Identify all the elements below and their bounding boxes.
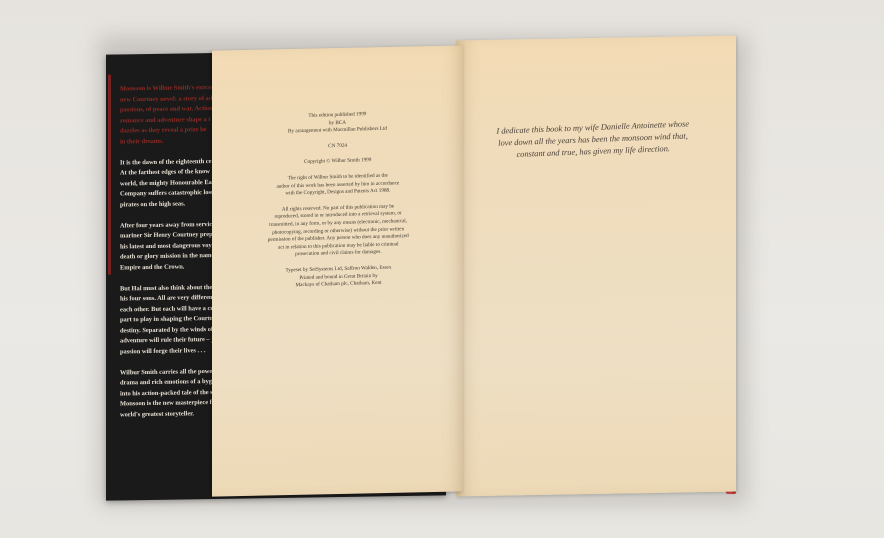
blurb-line: It is the dawn of the eighteenth ce [120,158,211,166]
imprint-block: The right of Wilbur Smith to be identifi… [212,170,464,200]
blurb-line: Monsoon is Wilbur Smith's extraordi [120,84,222,93]
blurb-line: new Courtney novel: a story of ad [120,95,212,103]
cover-red-edge [108,75,111,275]
imprint-line: Copyright © Wilbur Smith 1999 [304,157,371,165]
imprint-line: This edition published 1999 [308,111,366,119]
imprint-line: CN 7924 [328,143,347,150]
dedication-text: I dedicate this book to my wife Danielle… [478,118,709,163]
dedication-line: constant and true, has given my life dir… [516,144,670,159]
blurb-line: into his action-packed tale of the se [120,389,216,398]
imprint-line: by BCA [329,119,346,125]
blurb-line: his four sons. All are very different [120,294,215,302]
blurb-line: passion will forge their lives . . . [120,347,205,355]
imprint-block: This edition published 1999by BCABy arra… [211,108,463,138]
blurb-line: dazzles as they reveal a prize be [120,126,207,134]
blurb-line: his latest and most dangerous voya [120,242,215,250]
imprint-line: Mackays of Chatham plc, Chatham, Kent [296,280,382,288]
blurb-line: destiny. Separated by the winds of f [120,326,217,335]
copyright-imprint: This edition published 1999by BCABy arra… [211,108,464,300]
blurb-line: romance and adventure shape a t [120,116,210,124]
blurb-line: Monsoon is the new masterpiece fro [120,399,218,408]
blurb-line: each other. But each will have a cru [120,305,217,314]
imprint-block: All rights reserved. No part of this pub… [212,201,464,261]
blurb-line: passions, of peace and war. Action [120,105,213,113]
blurb-line: At the farthest edges of the know [120,168,210,176]
blurb-line: But Hal must also think about the f [120,283,216,292]
blurb-line: pirates on the high seas. [120,200,185,208]
imprint-block: Typeset by SetSystems Ltd, Saffron Walde… [212,262,464,292]
blurb-line: After four years away from service [120,220,215,228]
copyright-page: This edition published 1999by BCABy arra… [212,45,464,496]
imprint-line: prosecution and civil claims for damages… [295,249,381,257]
blurb-line: part to play in shaping the Courtne [120,315,216,324]
blurb-line: in their dreams. [120,138,163,146]
blurb-line: death or glory mission in the name [120,252,214,260]
blurb-line: mariner Sir Henry Courtney prepa [120,231,216,240]
imprint-block: CN 7924 [212,139,464,154]
blurb-line: Wilbur Smith carries all the powerf [120,368,217,377]
blurb-line: Company suffers catastrophic loss [120,189,213,197]
imprint-line: By arrangement with Macmillan Publishers… [288,126,387,135]
blurb-line: Empire and the Crown. [120,263,184,271]
blurb-line: world, the mighty Honourable Eas [120,179,214,187]
blurb-line: world's greatest storyteller. [120,410,194,418]
blurb-line: adventure will rule their future – ju [120,336,217,345]
imprint-block: Copyright © Wilbur Smith 1999 [212,155,464,170]
imprint-line: with the Copyright, Designs and Patents … [285,188,390,197]
blurb-line: drama and rich emotions of a bygon [120,378,219,387]
dedication-page: I dedicate this book to my wife Danielle… [456,36,736,497]
